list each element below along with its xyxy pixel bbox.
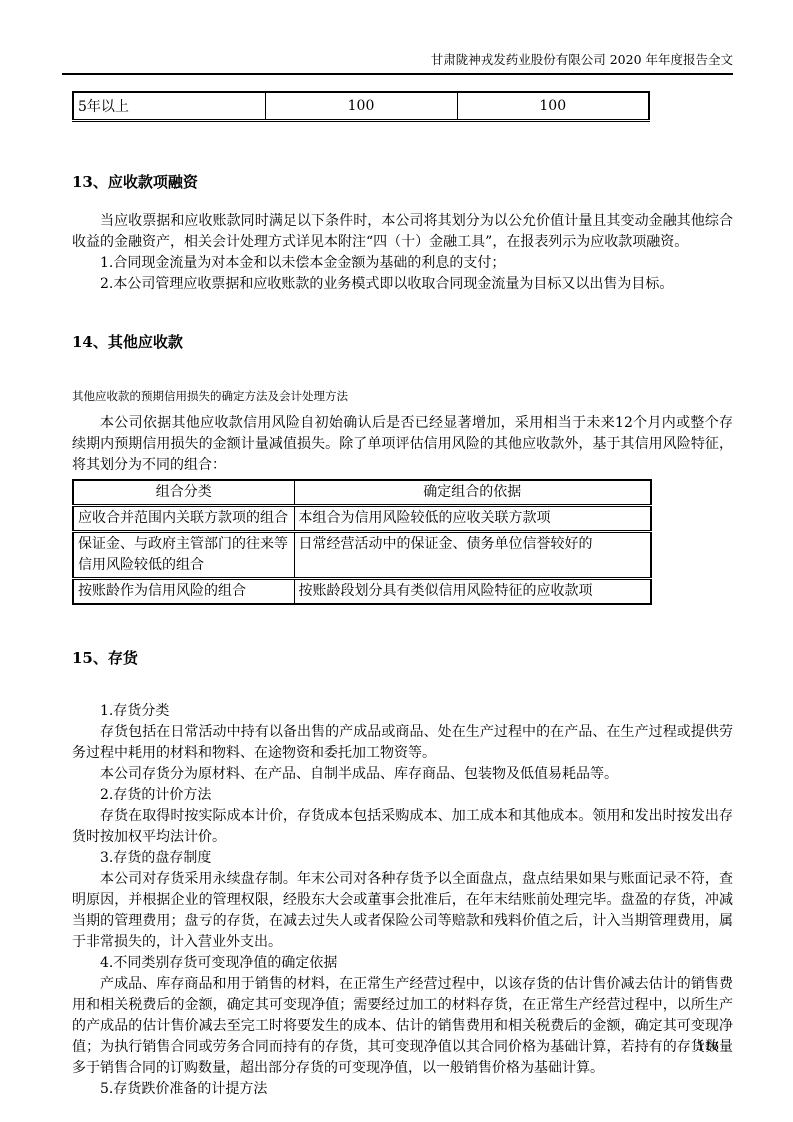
section-13-item-1: 1.合同现金流量为对本金和以未偿本金金额为基础的利息的支付； bbox=[72, 253, 733, 274]
aging-value-cell-1: 100 bbox=[265, 92, 457, 121]
section-15-paragraph: 4.不同类别存货可变现净值的确定依据 bbox=[72, 953, 733, 974]
section-14-title: 14、其他应收款 bbox=[72, 331, 733, 352]
table-row: 保证金、与政府主管部门的往来等信用风险较低的组合 日常经营活动中的保证金、债务单… bbox=[73, 532, 651, 579]
portfolio-cell: 按账龄段划分具有类似信用风险特征的应收款项 bbox=[294, 579, 651, 605]
report-page: 甘肃陇神戎发药业股份有限公司 2020 年年度报告全文 5年以上 100 100… bbox=[0, 0, 793, 1122]
portfolio-cell: 日常经营活动中的保证金、债务单位信誉较好的 bbox=[294, 532, 651, 579]
section-15-paragraph: 5.存货跌价准备的计提方法 bbox=[72, 1079, 733, 1100]
portfolio-table: 组合分类 确定组合的依据 应收合并范围内关联方款项的组合 本组合为信用风险较低的… bbox=[72, 479, 652, 605]
section-15-paragraph: 产成品、库存商品和用于销售的材料，在正常生产经营过程中，以该存货的估计售价减去估… bbox=[72, 974, 733, 1079]
section-13-title: 13、应收款项融资 bbox=[72, 171, 733, 192]
table-row: 应收合并范围内关联方款项的组合 本组合为信用风险较低的应收关联方款项 bbox=[73, 506, 651, 532]
section-13-intro: 当应收票据和应收账款同时满足以下条件时，本公司将其划分为以公允价值计量且其变动金… bbox=[72, 211, 733, 253]
section-15-paragraph: 1.存货分类 bbox=[72, 701, 733, 722]
table-header-row: 组合分类 确定组合的依据 bbox=[73, 480, 651, 506]
aging-table: 5年以上 100 100 bbox=[72, 91, 650, 122]
aging-value-cell-2: 100 bbox=[457, 92, 649, 121]
section-14-subtitle: 其他应收款的预期信用损失的确定方法及会计处理方法 bbox=[72, 389, 733, 403]
section-15-paragraph: 存货在取得时按实际成本计价，存货成本包括采购成本、加工成本和其他成本。领用和发出… bbox=[72, 806, 733, 848]
section-15-paragraph: 3.存货的盘存制度 bbox=[72, 848, 733, 869]
portfolio-header-basis: 确定组合的依据 bbox=[294, 480, 651, 506]
report-header-title: 甘肃陇神戎发药业股份有限公司 2020 年年度报告全文 bbox=[62, 52, 733, 75]
table-row: 按账龄作为信用风险的组合 按账龄段划分具有类似信用风险特征的应收款项 bbox=[73, 579, 651, 605]
section-13-item-2: 2.本公司管理应收票据和应收账款的业务模式即以收取合同现金流量为目标又以出售为目… bbox=[72, 274, 733, 295]
section-15-paragraph: 2.存货的计价方法 bbox=[72, 785, 733, 806]
portfolio-header-category: 组合分类 bbox=[73, 480, 294, 506]
page-number: 116 bbox=[697, 1039, 719, 1053]
portfolio-cell: 本组合为信用风险较低的应收关联方款项 bbox=[294, 506, 651, 532]
aging-label-cell: 5年以上 bbox=[73, 92, 265, 121]
section-15-title: 15、存货 bbox=[72, 647, 733, 668]
section-15-paragraph: 存货包括在日常活动中持有以备出售的产成品或商品、处在生产过程中的在产品、在生产过… bbox=[72, 722, 733, 764]
section-15-paragraph: 本公司存货分为原材料、在产品、自制半成品、库存商品、包装物及低值易耗品等。 bbox=[72, 764, 733, 785]
table-row: 5年以上 100 100 bbox=[73, 92, 649, 121]
section-15-paragraph: 本公司对存货采用永续盘存制。年末公司对各种存货予以全面盘点，盘点结果如果与账面记… bbox=[72, 869, 733, 953]
portfolio-cell: 应收合并范围内关联方款项的组合 bbox=[73, 506, 294, 532]
portfolio-cell: 保证金、与政府主管部门的往来等信用风险较低的组合 bbox=[73, 532, 294, 579]
section-14-intro: 本公司依据其他应收款信用风险自初始确认后是否已经显著增加，采用相当于未来12个月… bbox=[72, 413, 733, 476]
portfolio-cell: 按账龄作为信用风险的组合 bbox=[73, 579, 294, 605]
